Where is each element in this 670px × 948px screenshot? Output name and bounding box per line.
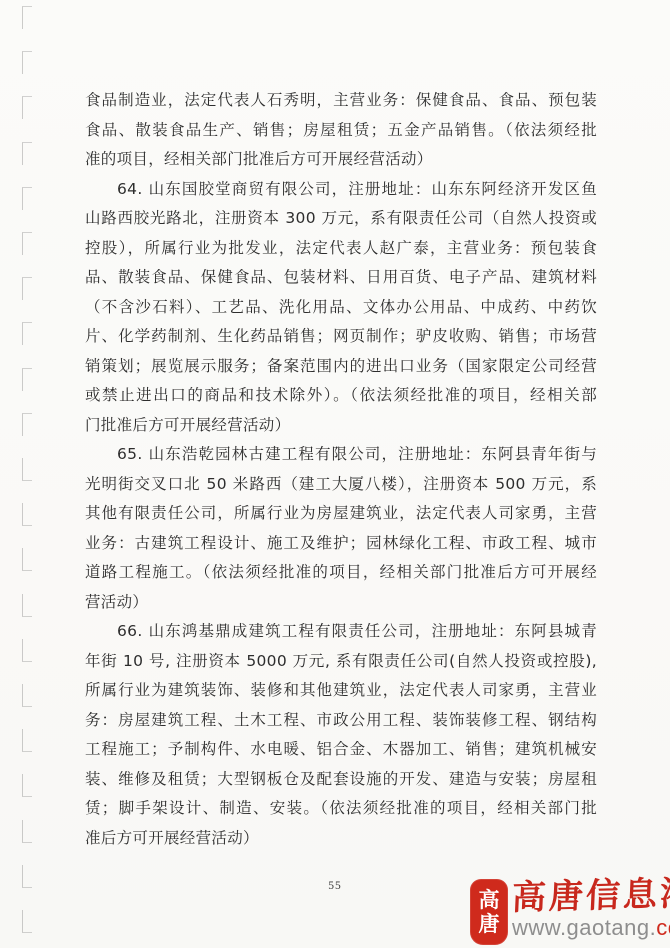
text-line: 或禁止进出口的商品和技术除外）。（依法须经批准的项目，经相关部: [85, 381, 597, 411]
binding-mark: [22, 729, 32, 752]
binding-mark: [22, 639, 32, 662]
watermark-url: www.gaotang.cc: [512, 916, 670, 940]
text-line: 66. 山东鸿基鼎成建筑工程有限责任公司，注册地址：东阿县城青: [85, 617, 597, 647]
text-line: 销策划；展览展示服务；备案范围内的进出口业务（国家限定公司经营: [85, 352, 597, 382]
seal-char-top: 高: [479, 888, 500, 912]
binding-mark: [22, 232, 32, 255]
text-line: 片、化学药制剂、生化药品销售；网页制作；驴皮收购、销售；市场营: [85, 322, 597, 352]
text-line: 品、散装食品、保健食品、包装材料、日用百货、电子产品、建筑材料: [85, 263, 597, 293]
watermark-url-gray: www.gaotang.: [512, 915, 656, 940]
binding-mark: [22, 458, 32, 481]
watermark: 高 唐 高唐信息港 www.gaotang.cc: [468, 876, 670, 948]
seal-char-bottom: 唐: [479, 912, 500, 936]
binding-mark: [22, 187, 32, 210]
binding-mark: [22, 820, 32, 843]
text-line: 门批准后方可开展经营活动）: [85, 411, 597, 441]
text-line: 工程施工；予制构件、水电暖、铝合金、木器加工、销售；建筑机械安: [85, 735, 597, 765]
document-text: 食品制造业，法定代表人石秀明，主营业务：保健食品、食品、预包装食品、散装食品生产…: [85, 86, 597, 853]
binding-mark: [22, 6, 32, 29]
text-line: 准的项目，经相关部门批准后方可开展经营活动）: [85, 145, 597, 175]
text-line: 山路西胶光路北，注册资本 300 万元，系有限责任公司（自然人投资或: [85, 204, 597, 234]
text-line: 道路工程施工。（依法须经批准的项目，经相关部门批准后方可开展经: [85, 558, 597, 588]
text-line: 控股），所属行业为批发业，法定代表人赵广泰，主营业务：预包装食: [85, 234, 597, 264]
watermark-brand-text: 高唐信息港: [511, 874, 670, 918]
binding-mark: [22, 594, 32, 617]
text-line: 准后方可开展经营活动）: [85, 824, 597, 854]
text-line: 年街 10 号, 注册资本 5000 万元, 系有限责任公司(自然人投资或控股)…: [85, 647, 597, 677]
text-line: 64. 山东国胶堂商贸有限公司，注册地址：山东东阿经济开发区鱼: [85, 175, 597, 205]
text-line: 营活动）: [85, 588, 597, 618]
binding-mark: [22, 548, 32, 571]
binding-mark: [22, 774, 32, 797]
text-line: （不含沙石料）、工艺品、洗化用品、文体办公用品、中成药、中药饮: [85, 293, 597, 323]
binding-mark: [22, 910, 32, 933]
text-line: 65. 山东浩乾园林古建工程有限公司，注册地址：东阿县青年街与: [85, 440, 597, 470]
text-line: 其他有限责任公司，所属行业为房屋建筑业，法定代表人司家勇，主营: [85, 499, 597, 529]
document-page: 食品制造业，法定代表人石秀明，主营业务：保健食品、食品、预包装食品、散装食品生产…: [0, 0, 670, 948]
text-line: 务：房屋建筑工程、土木工程、市政公用工程、装饰装修工程、钢结构: [85, 706, 597, 736]
binding-mark: [22, 368, 32, 391]
text-line: 所属行业为建筑装饰、装修和其他建筑业，法定代表人司家勇，主营业: [85, 676, 597, 706]
binding-mark: [22, 322, 32, 345]
binding-mark: [22, 503, 32, 526]
text-line: 赁；脚手架设计、制造、安装。（依法须经批准的项目，经相关部门批: [85, 794, 597, 824]
text-line: 光明街交叉口北 50 米路西（建工大厦八楼），注册资本 500 万元，系: [85, 470, 597, 500]
binding-mark: [22, 413, 32, 436]
binding-mark: [22, 277, 32, 300]
gaotang-seal-icon: 高 唐: [470, 879, 508, 945]
text-line: 食品、散装食品生产、销售；房屋租赁；五金产品销售。（依法须经批: [85, 116, 597, 146]
binding-mark: [22, 51, 32, 74]
binding-mark: [22, 96, 32, 119]
binding-mark: [22, 142, 32, 165]
watermark-url-red: cc: [656, 915, 670, 940]
binding-mark: [22, 684, 32, 707]
text-line: 装、维修及租赁；大型钢板仓及配套设施的开发、建造与安装；房屋租: [85, 765, 597, 795]
text-line: 业务：古建筑工程设计、施工及维护；园林绿化工程、市政工程、城市: [85, 529, 597, 559]
binding-marks: [0, 0, 60, 948]
text-line: 食品制造业，法定代表人石秀明，主营业务：保健食品、食品、预包装: [85, 86, 597, 116]
